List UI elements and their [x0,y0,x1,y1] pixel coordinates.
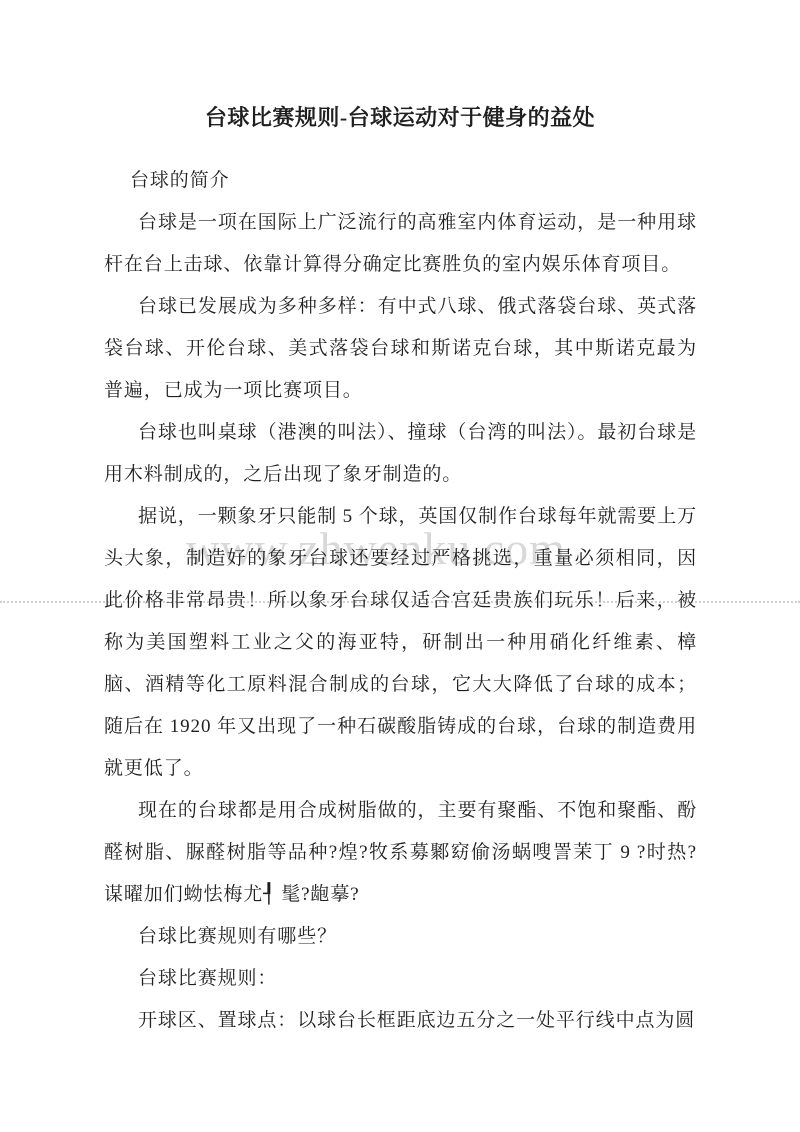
paragraph: 台球已发展成为多种多样：有中式八球、俄式落袋台球、英式落袋台球、开伦台球、美式落… [104,286,697,412]
document-page: 台球比赛规则-台球运动对于健身的益处 www.zhwenku.com 台球的简介… [0,0,800,1132]
paragraph-rules-label: 台球比赛规则： [104,958,697,1000]
document-title: 台球比赛规则-台球运动对于健身的益处 [0,97,800,139]
paragraph: 台球是一项在国际上广泛流行的高雅室内体育运动，是一种用球杆在台上击球、依靠计算得… [104,202,697,286]
document-body: 台球的简介 台球是一项在国际上广泛流行的高雅室内体育运动，是一种用球杆在台上击球… [104,160,697,1042]
paragraph-rules-start: 开球区、置球点：以球台长框距底边五分之一处平行线中点为圆 [104,1000,697,1042]
paragraph-garbled-text: 现在的台球都是用合成树脂做的，主要有聚酯、不饱和聚酯、酚醛树脂、脲醛树脂等品种?… [104,790,697,916]
section-heading-intro: 台球的简介 [104,160,697,202]
paragraph-question: 台球比赛规则有哪些？ [104,916,697,958]
paragraph: 据说，一颗象牙只能制 5 个球，英国仅制作台球每年就需要上万头大象，制造好的象牙… [104,496,697,790]
paragraph: 台球也叫桌球（港澳的叫法）、撞球（台湾的叫法）。最初台球是用木料制成的，之后出现… [104,412,697,496]
